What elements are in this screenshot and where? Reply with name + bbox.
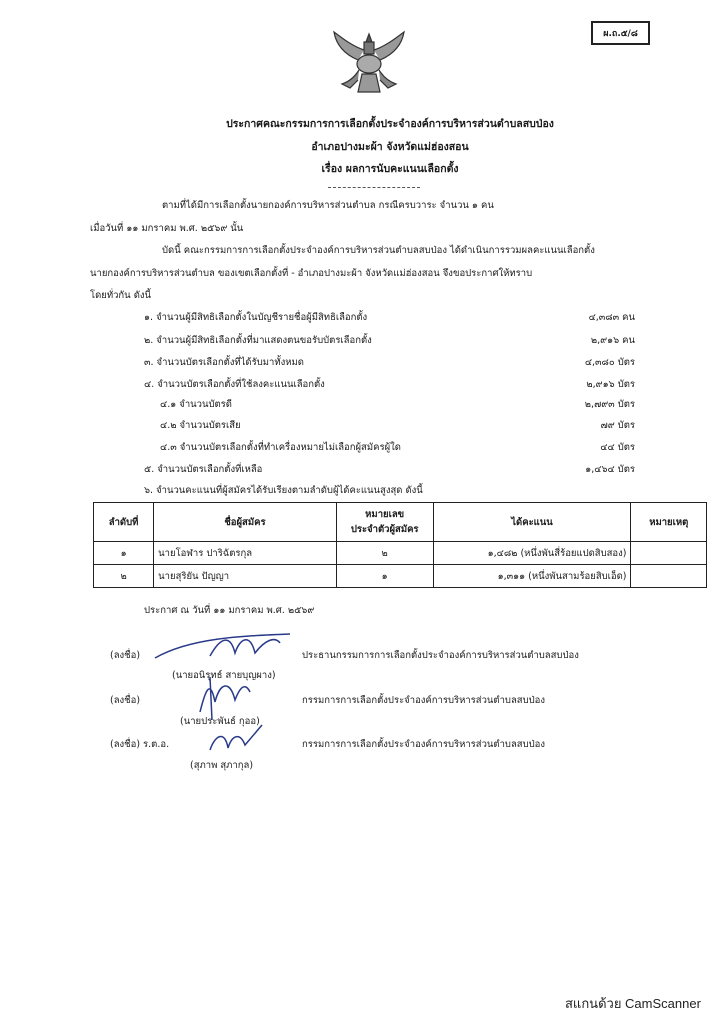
signature-2-label: (ลงชื่อ) bbox=[110, 693, 140, 708]
row-name: นายโอฬาร ปาริฉัตรกุล bbox=[154, 542, 337, 565]
paragraph-1-line2: เมื่อวันที่ ๑๑ มกราคม พ.ศ. ๒๕๖๙ นั้น bbox=[90, 221, 243, 236]
item-1-value: ๔,๓๘๓ คน bbox=[525, 310, 635, 325]
item-5-label: ๕. จำนวนบัตรเลือกตั้งที่เหลือ bbox=[144, 462, 262, 477]
item-5-value: ๑,๔๖๔ บัตร bbox=[525, 462, 635, 477]
header-candidate-name: ชื่อผู้สมัคร bbox=[154, 503, 337, 542]
item-4-label: ๔. จำนวนบัตรเลือกตั้งที่ใช้ลงคะแนนเลือกต… bbox=[144, 377, 325, 392]
table-row: ๒ นายสุริยัน ปัญญา ๑ ๑,๓๑๑ (หนึ่งพันสามร… bbox=[94, 565, 707, 588]
item-4-2-label: ๔.๒ จำนวนบัตรเสีย bbox=[160, 418, 241, 433]
item-4-1-value: ๒,๗๙๓ บัตร bbox=[525, 397, 635, 412]
item-3-label: ๓. จำนวนบัตรเลือกตั้งที่ได้รับมาทั้งหมด bbox=[144, 355, 304, 370]
garuda-emblem-icon bbox=[328, 28, 410, 96]
signature-2-role: กรรมการการเลือกตั้งประจำองค์การบริหารส่ว… bbox=[302, 693, 545, 708]
divider bbox=[328, 187, 420, 188]
signature-3-name: (สุภาพ สุภากุล) bbox=[190, 758, 253, 773]
header-candidate-number: หมายเลข ประจำตัวผู้สมัคร bbox=[336, 503, 433, 542]
camscanner-watermark: สแกนด้วย CamScanner bbox=[565, 993, 701, 1014]
row-rank: ๒ bbox=[94, 565, 154, 588]
item-3-value: ๔,๓๘๐ บัตร bbox=[525, 355, 635, 370]
table-row: ๑ นายโอฬาร ปาริฉัตรกุล ๒ ๑,๔๘๒ (หนึ่งพัน… bbox=[94, 542, 707, 565]
header-remarks: หมายเหตุ bbox=[631, 503, 707, 542]
signature-1-role: ประธานกรรมการการเลือกตั้งประจำองค์การบริ… bbox=[302, 648, 579, 663]
paragraph-2-line1: บัดนี้ คณะกรรมการการเลือกตั้งประจำองค์กา… bbox=[162, 243, 595, 258]
item-4-1-label: ๔.๑ จำนวนบัตรดี bbox=[160, 397, 232, 412]
header-number-line2: ประจำตัวผู้สมัคร bbox=[341, 522, 429, 537]
row-rank: ๑ bbox=[94, 542, 154, 565]
item-2-value: ๒,๙๑๖ คน bbox=[525, 333, 635, 348]
paragraph-1-line1: ตามที่ได้มีการเลือกตั้งนายกองค์การบริหาร… bbox=[162, 198, 494, 213]
signature-1-scribble bbox=[150, 628, 300, 668]
signature-3-label: (ลงชื่อ) ร.ต.อ. bbox=[110, 737, 169, 752]
signature-1-label: (ลงชื่อ) bbox=[110, 648, 140, 663]
form-code-box: ผ.ถ.๕/๘ bbox=[591, 21, 650, 45]
header-title-line2: อำเภอปางมะผ้า จังหวัดแม่ฮ่องสอน bbox=[140, 138, 640, 155]
row-note bbox=[631, 542, 707, 565]
header-title-line1: ประกาศคณะกรรมการการเลือกตั้งประจำองค์การ… bbox=[140, 115, 640, 132]
item-4-3-label: ๔.๓ จำนวนบัตรเลือกตั้งที่ทำเครื่องหมายไม… bbox=[160, 440, 401, 455]
announce-date: ประกาศ ณ วันที่ ๑๑ มกราคม พ.ศ. ๒๕๖๙ bbox=[144, 603, 314, 618]
header-rank: ลำดับที่ bbox=[94, 503, 154, 542]
item-4-2-value: ๗๙ บัตร bbox=[525, 418, 635, 433]
row-votes: ๑,๓๑๑ (หนึ่งพันสามร้อยสิบเอ็ด) bbox=[433, 565, 631, 588]
header-votes: ได้คะแนน bbox=[433, 503, 631, 542]
item-6-label: ๖. จำนวนคะแนนที่ผู้สมัครได้รับเรียงตามลำ… bbox=[144, 483, 423, 498]
row-number: ๒ bbox=[336, 542, 433, 565]
paragraph-2-line2: นายกองค์การบริหารส่วนตำบล ของเขตเลือกตั้… bbox=[90, 266, 532, 281]
row-votes: ๑,๔๘๒ (หนึ่งพันสี่ร้อยแปดสิบสอง) bbox=[433, 542, 631, 565]
paragraph-2-line3: โดยทั่วกัน ดังนี้ bbox=[90, 288, 151, 303]
row-name: นายสุริยัน ปัญญา bbox=[154, 565, 337, 588]
item-1-label: ๑. จำนวนผู้มีสิทธิเลือกตั้งในบัญชีรายชื่… bbox=[144, 310, 367, 325]
header-subject: เรื่อง ผลการนับคะแนนเลือกตั้ง bbox=[140, 160, 640, 177]
signature-3-scribble bbox=[200, 720, 270, 760]
row-note bbox=[631, 565, 707, 588]
results-table: ลำดับที่ ชื่อผู้สมัคร หมายเลข ประจำตัวผู… bbox=[93, 502, 707, 588]
header-number-line1: หมายเลข bbox=[341, 507, 429, 522]
item-4-3-value: ๔๔ บัตร bbox=[525, 440, 635, 455]
row-number: ๑ bbox=[336, 565, 433, 588]
item-2-label: ๒. จำนวนผู้มีสิทธิเลือกตั้งที่มาแสดงตนขอ… bbox=[144, 333, 372, 348]
signature-3-role: กรรมการการเลือกตั้งประจำองค์การบริหารส่ว… bbox=[302, 737, 545, 752]
item-4-value: ๒,๙๑๖ บัตร bbox=[525, 377, 635, 392]
